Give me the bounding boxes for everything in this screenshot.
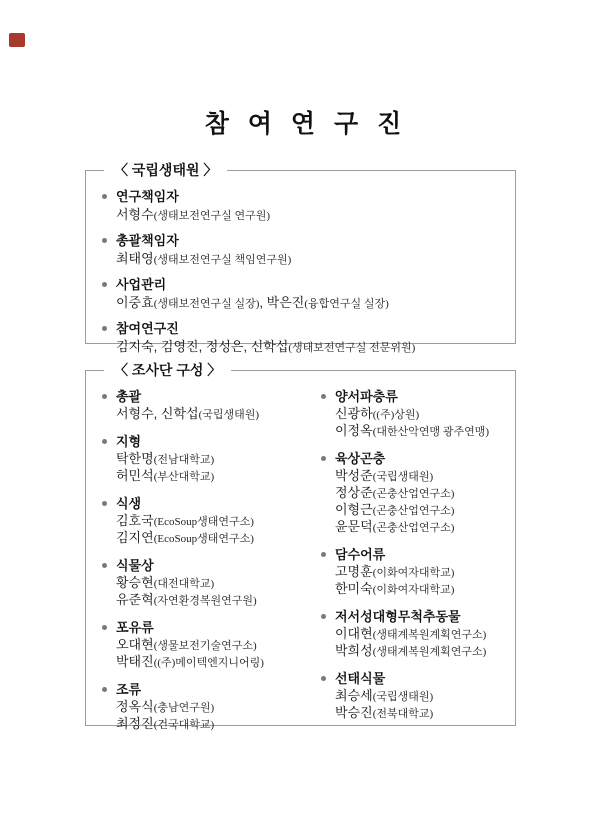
affiliation: (이화여자대학교) xyxy=(373,584,455,596)
category-heading: 총괄책임자 xyxy=(116,232,179,249)
person-name: 고명훈 xyxy=(335,564,373,579)
roster-item: 포유류오대현(생물보전기술연구소)박태진((주)메이텍엔지니어링) xyxy=(102,619,321,671)
person-name: 최태영 xyxy=(116,251,154,266)
affiliation: (생태보전연구실 연구원) xyxy=(154,210,270,222)
category-heading: 식물상 xyxy=(116,557,154,574)
page-title: 참 여 연 구 진 xyxy=(0,104,612,140)
columns: 연구책임자서형수(생태보전연구실 연구원)총괄책임자최태영(생태보전연구실 책임… xyxy=(86,171,515,364)
section-legend: 〈 국립생태원 〉 xyxy=(104,160,227,180)
member-line: 황승현(대전대학교) xyxy=(102,575,321,592)
person-name: 한미숙 xyxy=(335,581,373,596)
member-line: 탁한명(전남대학교) xyxy=(102,451,321,468)
person-name: 신광하 xyxy=(335,406,373,421)
affiliation: (전북대학교) xyxy=(373,708,433,720)
member-line: 이대현(생태계복원계획연구소) xyxy=(321,626,507,643)
category-heading: 저서성대형무척추동물 xyxy=(335,608,461,625)
affiliation: ((주)메이텍엔지니어링) xyxy=(154,657,264,669)
affiliation: (국립생태원) xyxy=(373,471,433,483)
bullet-icon xyxy=(102,326,107,331)
item-heading-row: 식생 xyxy=(102,495,321,512)
affiliation: (생태보전연구실 전문위원) xyxy=(288,342,415,354)
roster-item: 조류정옥식(충남연구원)최정진(건국대학교) xyxy=(102,681,321,733)
roster-item: 연구책임자서형수(생태보전연구실 연구원) xyxy=(102,188,507,225)
member-line: 김지연(EcoSoup생태연구소) xyxy=(102,530,321,547)
person-name: 박태진 xyxy=(116,654,154,669)
affiliation: (생태계복원계획연구소) xyxy=(373,646,487,658)
affiliation: ((주)상원) xyxy=(373,409,420,421)
person-name: 김지숙, 김영진, 정성은, 신학섭 xyxy=(116,339,288,354)
affiliation: (생물보전기술연구소) xyxy=(154,640,257,652)
member-line: 유준혁(자연환경복원연구원) xyxy=(102,592,321,609)
item-heading-row: 총괄 xyxy=(102,388,321,405)
category-heading: 지형 xyxy=(116,433,141,450)
member-line: 고명훈(이화여자대학교) xyxy=(321,564,507,581)
affiliation: (국립생태원) xyxy=(199,409,259,421)
affiliation: (대전대학교) xyxy=(154,578,214,590)
affiliation: (EcoSoup생태연구소) xyxy=(154,533,254,545)
affiliation: (곤충산업연구소) xyxy=(373,505,455,517)
item-heading-row: 총괄책임자 xyxy=(102,232,507,249)
category-heading: 포유류 xyxy=(116,619,154,636)
category-heading: 참여연구진 xyxy=(116,320,179,337)
item-heading-row: 연구책임자 xyxy=(102,188,507,205)
roster-item: 담수어류고명훈(이화여자대학교)한미숙(이화여자대학교) xyxy=(321,546,507,598)
person-name: 황승현 xyxy=(116,575,154,590)
member-line: 한미숙(이화여자대학교) xyxy=(321,581,507,598)
bullet-icon xyxy=(102,625,107,630)
member-line: 최정진(건국대학교) xyxy=(102,716,321,733)
person-name: 이중효 xyxy=(116,295,154,310)
person-name: 박희성 xyxy=(335,643,373,658)
category-heading: 육상곤충 xyxy=(335,450,385,467)
item-heading-row: 육상곤충 xyxy=(321,450,507,467)
red-corner-mark xyxy=(9,33,25,47)
member-line: 윤문덕(곤충산업연구소) xyxy=(321,519,507,536)
columns: 총괄서형수, 신학섭(국립생태원)지형탁한명(전남대학교)허민석(부산대학교)식… xyxy=(86,371,515,743)
bullet-icon xyxy=(102,439,107,444)
member-line: 서형수(생태보전연구실 연구원) xyxy=(102,206,507,225)
person-name: 정상준 xyxy=(335,485,373,500)
affiliation: (생태계복원계획연구소) xyxy=(373,629,487,641)
roster-item: 양서파충류신광하((주)상원)이정옥(대한산악연맹 광주연맹) xyxy=(321,388,507,440)
roster-column: 양서파충류신광하((주)상원)이정옥(대한산악연맹 광주연맹)육상곤충박성준(국… xyxy=(321,388,507,743)
roster-item: 지형탁한명(전남대학교)허민석(부산대학교) xyxy=(102,433,321,485)
person-name: 최승세 xyxy=(335,688,373,703)
roster-item: 저서성대형무척추동물이대현(생태계복원계획연구소)박희성(생태계복원계획연구소) xyxy=(321,608,507,660)
category-heading: 양서파충류 xyxy=(335,388,398,405)
person-name: 탁한명 xyxy=(116,451,154,466)
roster-item: 선태식물최승세(국립생태원)박승진(전북대학교) xyxy=(321,670,507,722)
person-name: 김지연 xyxy=(116,530,154,545)
bullet-icon xyxy=(102,238,107,243)
affiliation: (건국대학교) xyxy=(154,719,214,731)
roster-item: 총괄책임자최태영(생태보전연구실 책임연구원) xyxy=(102,232,507,269)
roster-column: 연구책임자서형수(생태보전연구실 연구원)총괄책임자최태영(생태보전연구실 책임… xyxy=(102,188,507,364)
person-name: 유준혁 xyxy=(116,592,154,607)
affiliation: (국립생태원) xyxy=(373,691,433,703)
member-line: 최승세(국립생태원) xyxy=(321,688,507,705)
person-name: 박성준 xyxy=(335,468,373,483)
member-line: 이정옥(대한산악연맹 광주연맹) xyxy=(321,423,507,440)
bullet-icon xyxy=(321,552,326,557)
item-heading-row: 선태식물 xyxy=(321,670,507,687)
item-heading-row: 양서파충류 xyxy=(321,388,507,405)
section-survey-team: 〈 조사단 구성 〉 총괄서형수, 신학섭(국립생태원)지형탁한명(전남대학교)… xyxy=(85,370,516,726)
person-name: 이대현 xyxy=(335,626,373,641)
roster-item: 식물상황승현(대전대학교)유준혁(자연환경복원연구원) xyxy=(102,557,321,609)
member-line: 이중효(생태보전연구실 실장), 박은진(융합연구실 실장) xyxy=(102,294,507,313)
affiliation: (생태보전연구실 실장) xyxy=(154,298,260,310)
member-line: 정상준(곤충산업연구소) xyxy=(321,485,507,502)
bullet-icon xyxy=(321,456,326,461)
item-heading-row: 조류 xyxy=(102,681,321,698)
member-line: 이형근(곤충산업연구소) xyxy=(321,502,507,519)
document-page: 참 여 연 구 진 〈 국립생태원 〉 연구책임자서형수(생태보전연구실 연구원… xyxy=(0,0,612,840)
roster-item: 육상곤충박성준(국립생태원)정상준(곤충산업연구소)이형근(곤충산업연구소)윤문… xyxy=(321,450,507,536)
bullet-icon xyxy=(321,394,326,399)
bullet-icon xyxy=(102,282,107,287)
affiliation: (EcoSoup생태연구소) xyxy=(154,516,254,528)
bullet-icon xyxy=(321,676,326,681)
category-heading: 총괄 xyxy=(116,388,141,405)
affiliation: (곤충산업연구소) xyxy=(373,522,455,534)
affiliation: (충남연구원) xyxy=(154,702,214,714)
category-heading: 사업관리 xyxy=(116,276,166,293)
affiliation: (자연환경복원연구원) xyxy=(154,595,257,607)
category-heading: 식생 xyxy=(116,495,141,512)
person-name: 서형수 xyxy=(116,207,154,222)
category-heading: 조류 xyxy=(116,681,141,698)
category-heading: 선태식물 xyxy=(335,670,385,687)
person-name: 서형수, 신학섭 xyxy=(116,406,199,421)
member-line: 박승진(전북대학교) xyxy=(321,705,507,722)
roster-item: 총괄서형수, 신학섭(국립생태원) xyxy=(102,388,321,423)
item-heading-row: 참여연구진 xyxy=(102,320,507,337)
item-heading-row: 식물상 xyxy=(102,557,321,574)
person-name: 오대현 xyxy=(116,637,154,652)
bullet-icon xyxy=(102,501,107,506)
affiliation: (이화여자대학교) xyxy=(373,567,455,579)
affiliation: (대한산악연맹 광주연맹) xyxy=(373,426,489,438)
item-heading-row: 사업관리 xyxy=(102,276,507,293)
person-name: 이형근 xyxy=(335,502,373,517)
affiliation: (부산대학교) xyxy=(154,471,214,483)
member-line: 박성준(국립생태원) xyxy=(321,468,507,485)
bullet-icon xyxy=(102,687,107,692)
affiliation: (곤충산업연구소) xyxy=(373,488,455,500)
item-heading-row: 담수어류 xyxy=(321,546,507,563)
roster-item: 사업관리이중효(생태보전연구실 실장), 박은진(융합연구실 실장) xyxy=(102,276,507,313)
person-name: 최정진 xyxy=(116,716,154,731)
person-name: 정옥식 xyxy=(116,699,154,714)
person-name: 박승진 xyxy=(335,705,373,720)
member-line: 박희성(생태계복원계획연구소) xyxy=(321,643,507,660)
member-line: 최태영(생태보전연구실 책임연구원) xyxy=(102,250,507,269)
member-line: 오대현(생물보전기술연구소) xyxy=(102,637,321,654)
member-line: 김호국(EcoSoup생태연구소) xyxy=(102,513,321,530)
bullet-icon xyxy=(102,194,107,199)
affiliation: (전남대학교) xyxy=(154,454,214,466)
bullet-icon xyxy=(102,394,107,399)
member-line: 정옥식(충남연구원) xyxy=(102,699,321,716)
person-name: 윤문덕 xyxy=(335,519,373,534)
bullet-icon xyxy=(102,563,107,568)
category-heading: 연구책임자 xyxy=(116,188,179,205)
roster-item: 참여연구진김지숙, 김영진, 정성은, 신학섭(생태보전연구실 전문위원) xyxy=(102,320,507,357)
item-heading-row: 포유류 xyxy=(102,619,321,636)
member-line: 서형수, 신학섭(국립생태원) xyxy=(102,406,321,423)
member-line: 신광하((주)상원) xyxy=(321,406,507,423)
section-national-institute: 〈 국립생태원 〉 연구책임자서형수(생태보전연구실 연구원)총괄책임자최태영(… xyxy=(85,170,516,344)
category-heading: 담수어류 xyxy=(335,546,385,563)
member-line: 박태진((주)메이텍엔지니어링) xyxy=(102,654,321,671)
person-name: 이정옥 xyxy=(335,423,373,438)
bullet-icon xyxy=(321,614,326,619)
affiliation: (생태보전연구실 책임연구원) xyxy=(154,254,292,266)
person-name: 김호국 xyxy=(116,513,154,528)
roster-column: 총괄서형수, 신학섭(국립생태원)지형탁한명(전남대학교)허민석(부산대학교)식… xyxy=(102,388,321,743)
affiliation: (융합연구실 실장) xyxy=(304,298,388,310)
person-name: 허민석 xyxy=(116,468,154,483)
roster-item: 식생김호국(EcoSoup생태연구소)김지연(EcoSoup생태연구소) xyxy=(102,495,321,547)
member-line: 김지숙, 김영진, 정성은, 신학섭(생태보전연구실 전문위원) xyxy=(102,338,507,357)
member-line: 허민석(부산대학교) xyxy=(102,468,321,485)
person-name: , 박은진 xyxy=(259,295,304,310)
item-heading-row: 저서성대형무척추동물 xyxy=(321,608,507,625)
item-heading-row: 지형 xyxy=(102,433,321,450)
section-legend: 〈 조사단 구성 〉 xyxy=(104,360,231,380)
